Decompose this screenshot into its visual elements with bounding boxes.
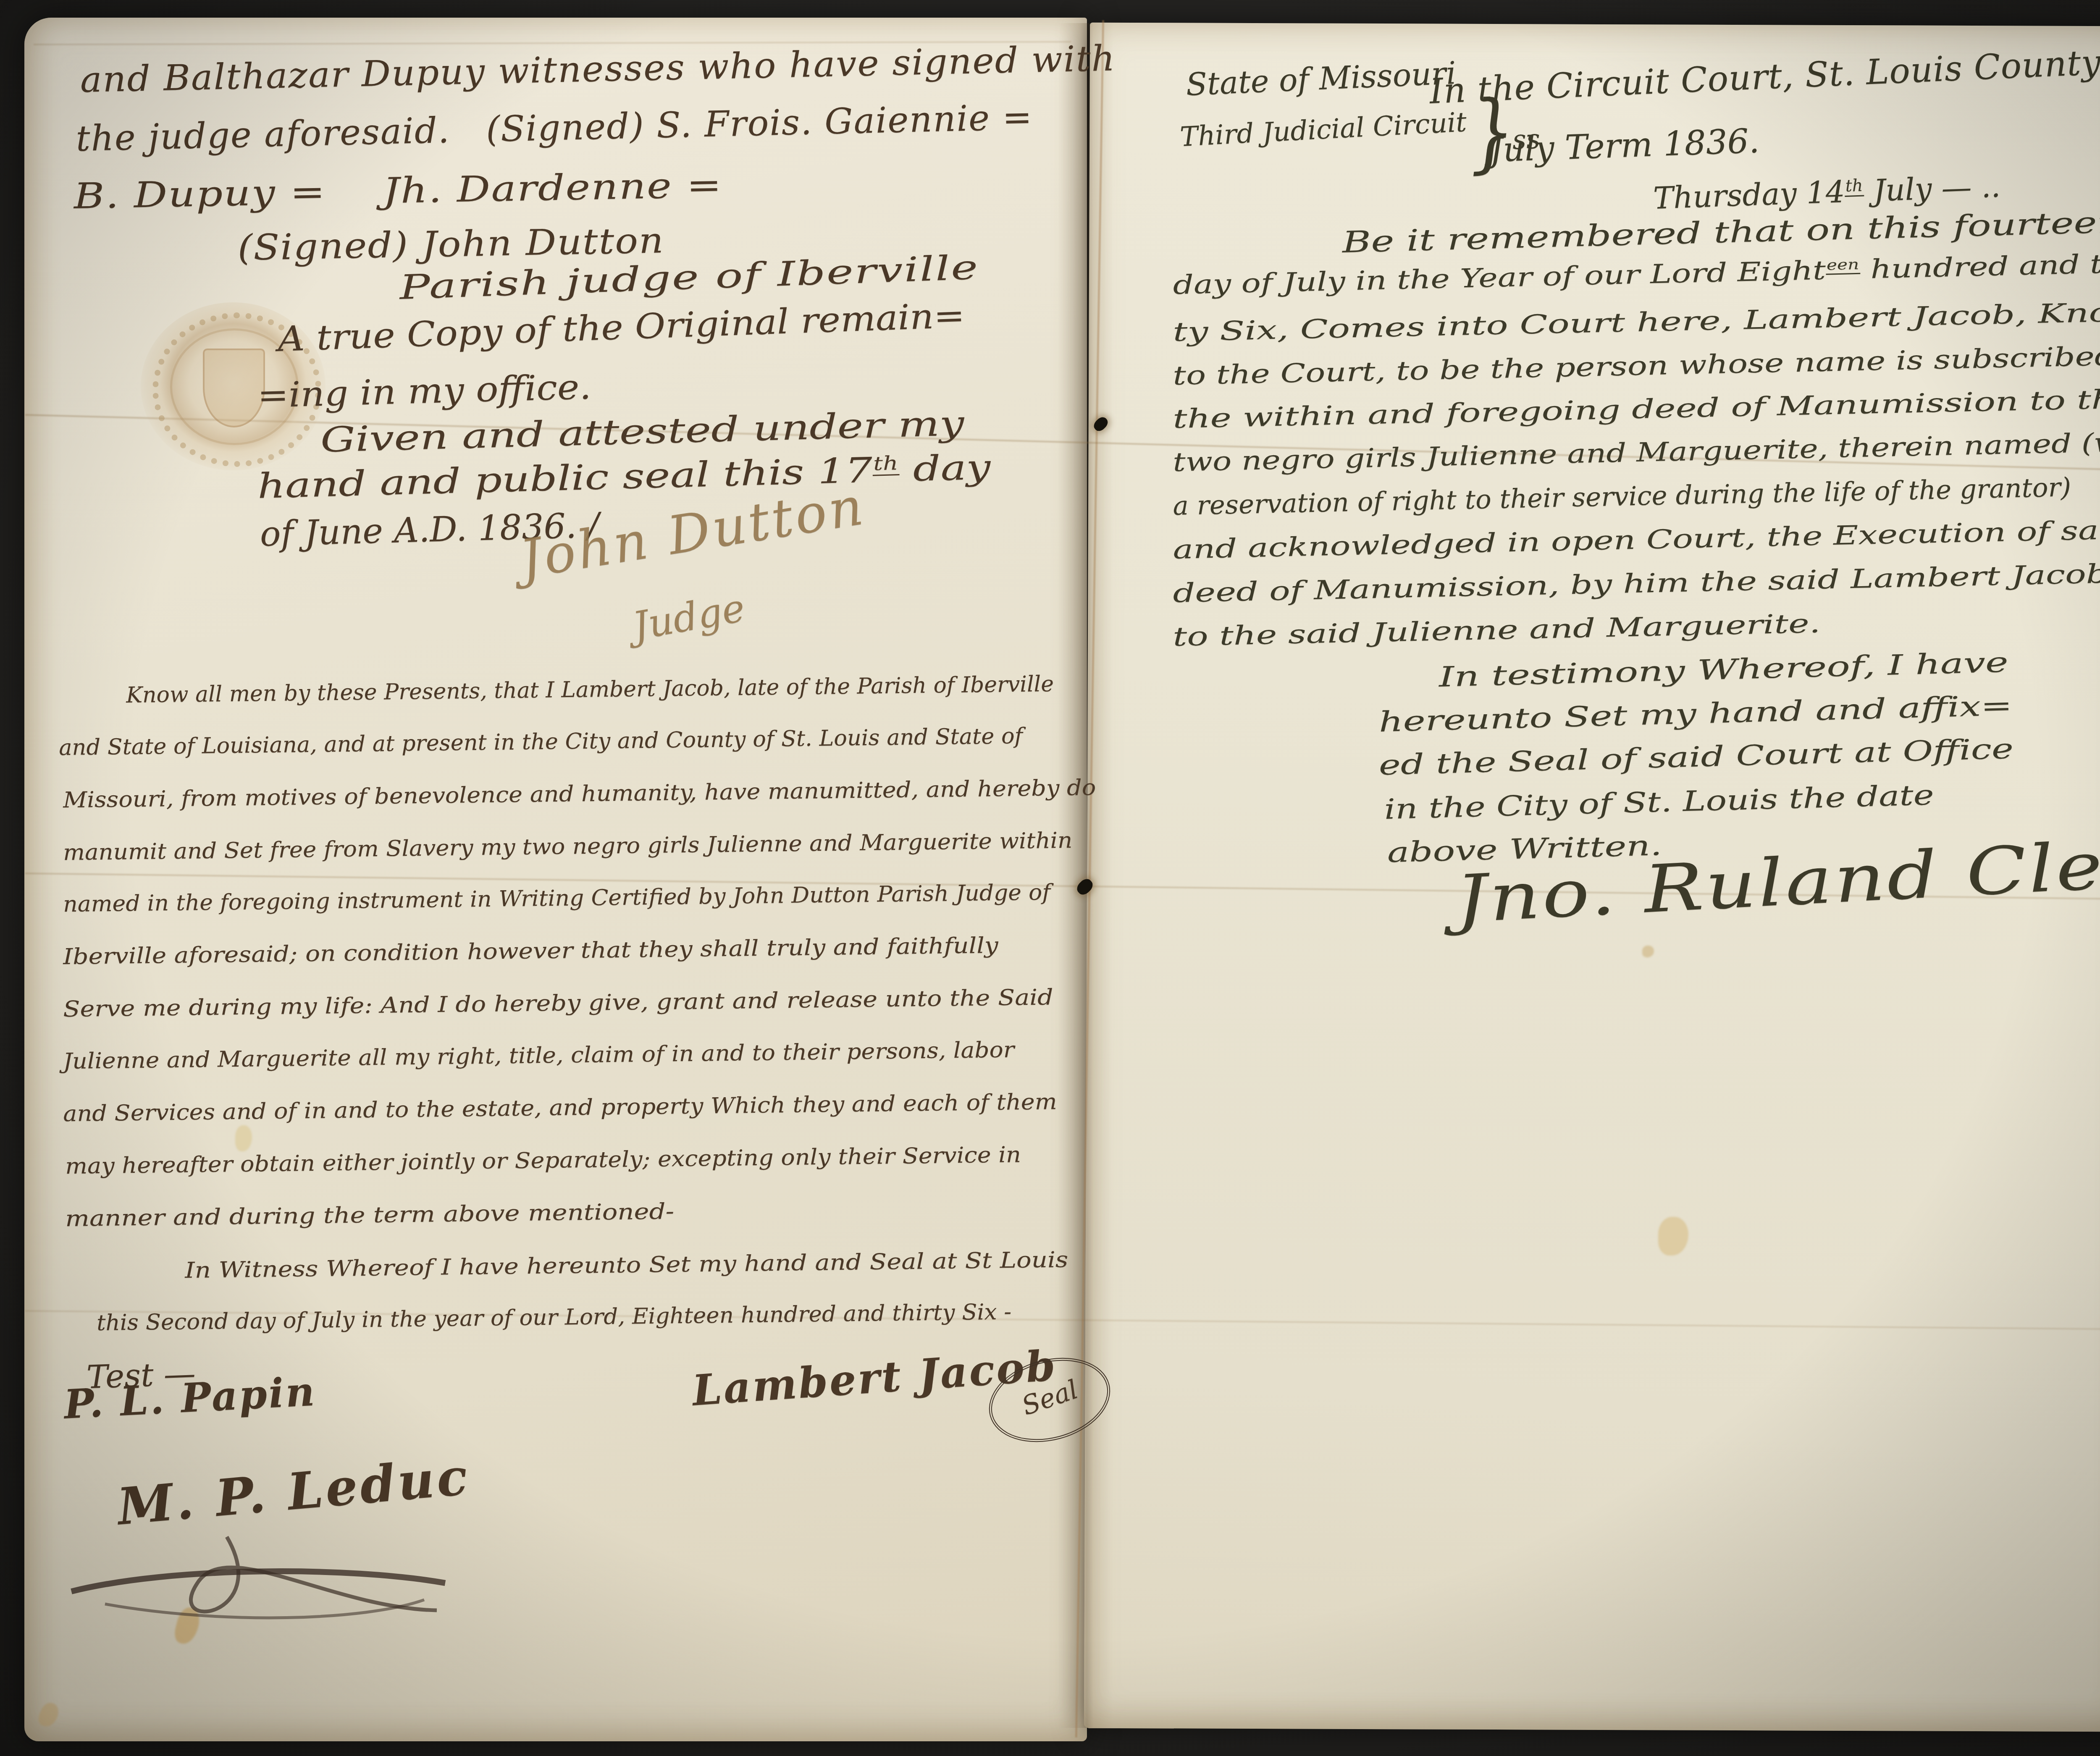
- attestation-line: B. Dupuy = Jh. Dardenne =: [73, 167, 723, 214]
- center-fold-shadow: [1058, 23, 1113, 1728]
- caption-court-line: July Term 1836.: [1489, 124, 1760, 167]
- document-scan: and Balthazar Dupuy witnesses who have s…: [0, 0, 2100, 1756]
- ordinal-superscript: een: [1825, 256, 1860, 275]
- certification-line: =ing in my office.: [257, 370, 592, 413]
- attestation-line: (Signed) John Dutton: [237, 223, 664, 265]
- seal-scroll-label: Seal: [1018, 1376, 1081, 1419]
- dateline-pre: Thursday 14: [1653, 174, 1845, 216]
- witness-signature-papin: P. L. Papin: [63, 1372, 317, 1425]
- signature-flourish-icon: [46, 1520, 466, 1646]
- ordinal-superscript: th: [1844, 176, 1864, 197]
- ordinal-superscript: th: [872, 452, 899, 476]
- certification-line-post: day: [899, 447, 991, 490]
- seal-shield: [203, 349, 265, 427]
- dateline-post: July — ..: [1863, 168, 2001, 208]
